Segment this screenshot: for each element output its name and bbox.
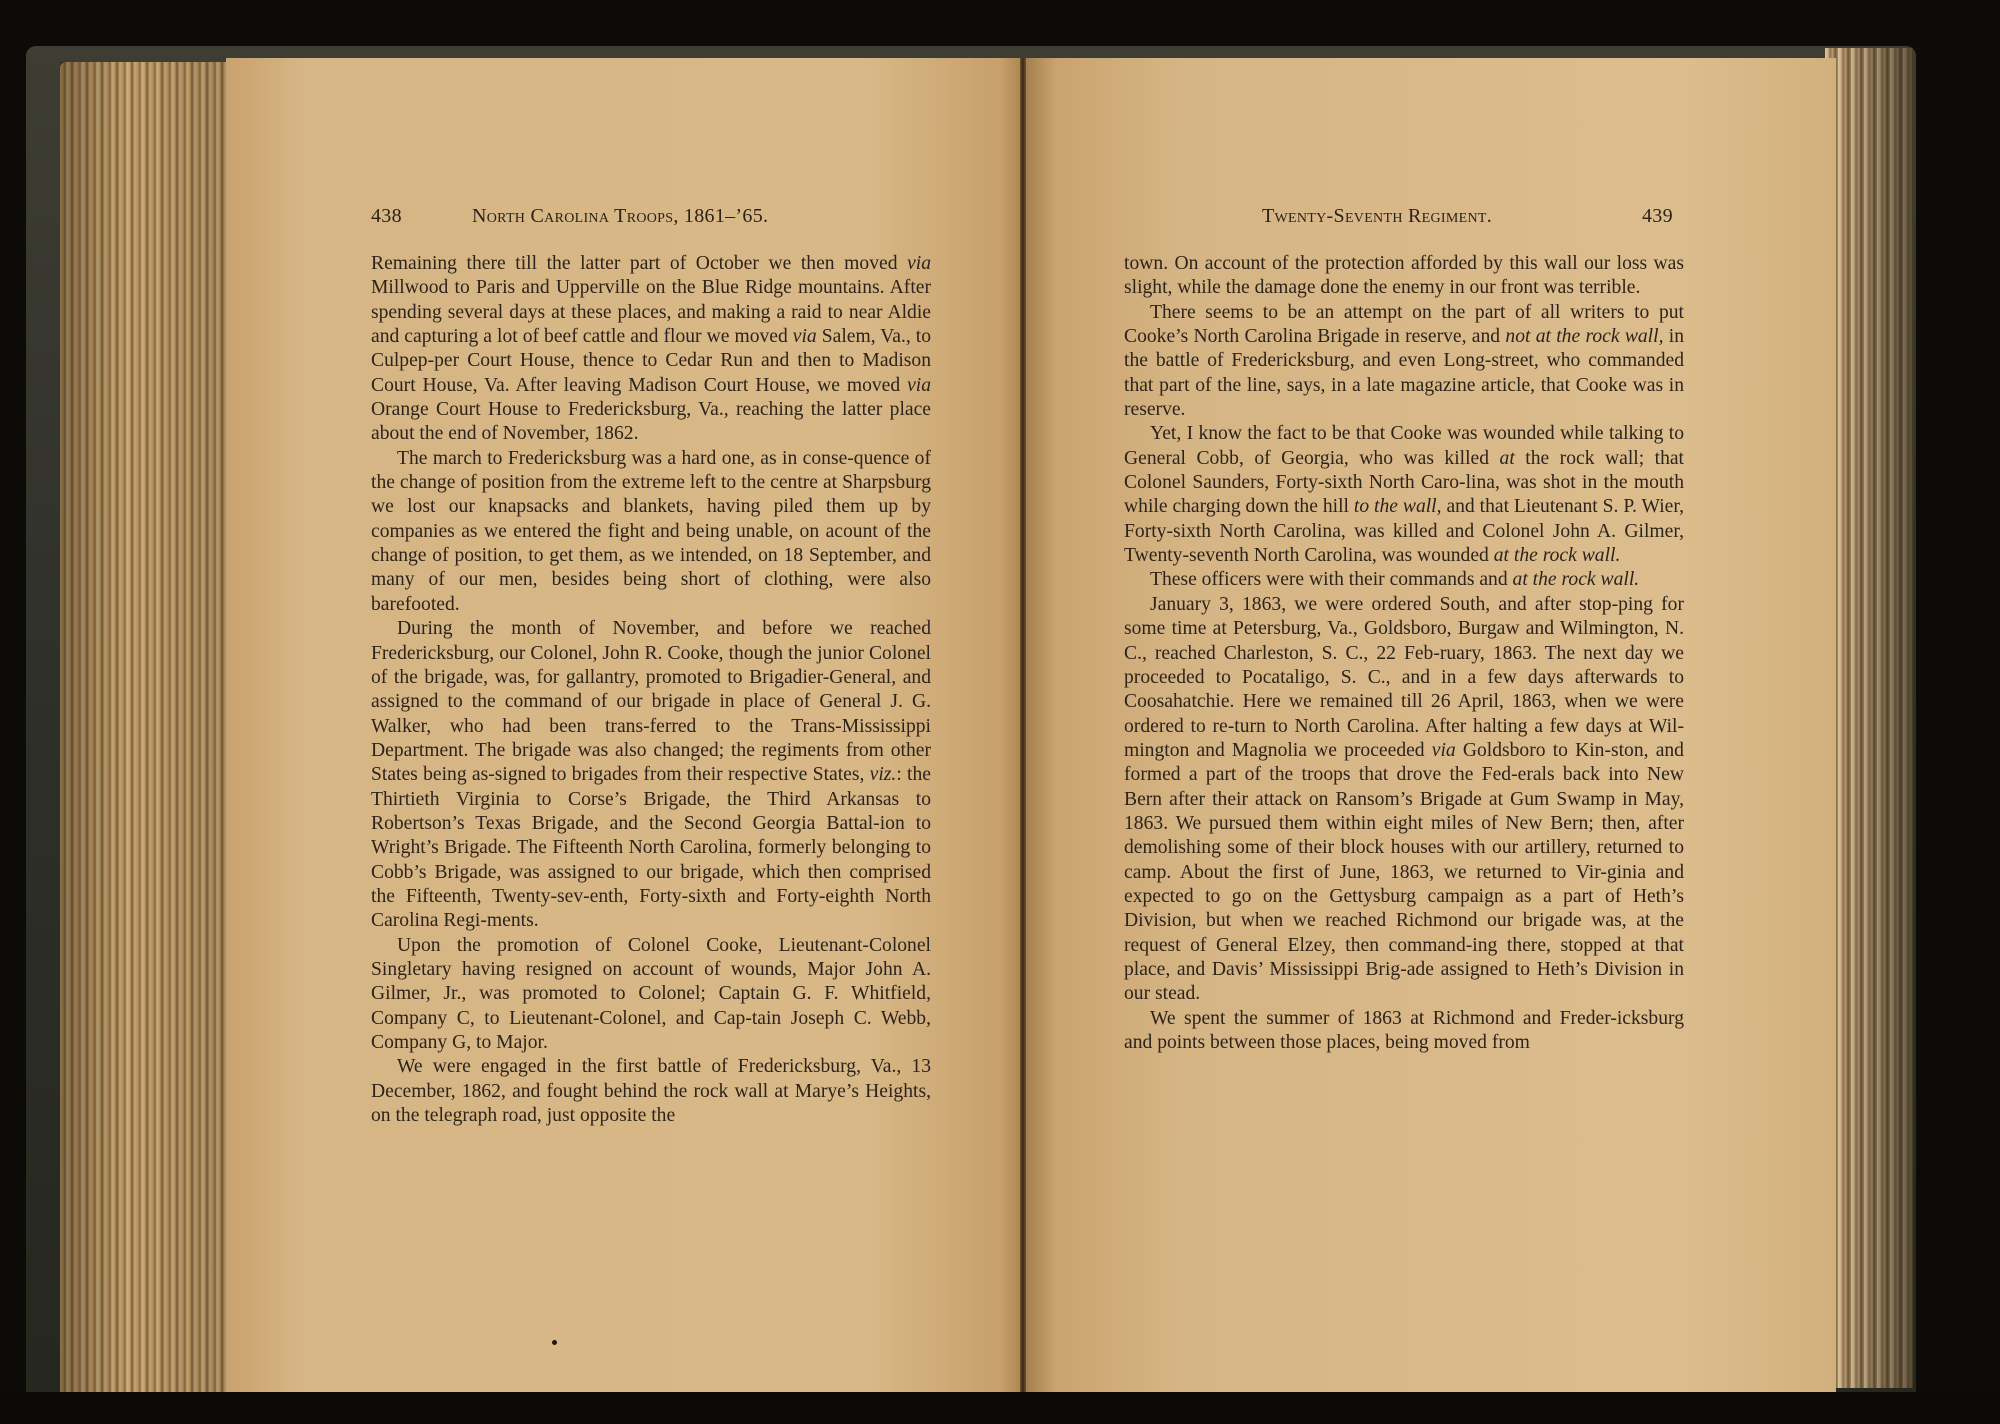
right-page-edges (1825, 48, 1913, 1388)
paragraph: During the month of November, and before… (371, 617, 931, 933)
italic-text: at the rock wall. (1513, 569, 1640, 590)
ink-speck (552, 1340, 557, 1345)
paragraph: town. On account of the protection affor… (1124, 252, 1684, 301)
text-run: The march to Fredericksburg was a hard o… (371, 448, 931, 615)
text-run: Orange Court House to Fredericksburg, Va… (371, 399, 931, 444)
text-run: Remaining there till the latter part of … (371, 253, 907, 274)
right-running-head: Twenty-Seventh Regiment. (1262, 205, 1492, 228)
italic-text: via (907, 253, 931, 274)
table-surface (0, 1392, 2000, 1424)
paragraph: We spent the summer of 1863 at Richmond … (1124, 1007, 1684, 1056)
left-page-edges (60, 62, 230, 1402)
running-head-title: Twenty-Seventh Regiment. (1262, 205, 1492, 227)
text-run: January 3, 1863, we were ordered South, … (1124, 594, 1684, 761)
page-number: 438 (371, 205, 402, 227)
paragraph: We were engaged in the first battle of F… (371, 1055, 931, 1128)
paragraph: Upon the promotion of Colonel Cooke, Lie… (371, 934, 931, 1056)
paragraph: There seems to be an attempt on the part… (1124, 301, 1684, 423)
italic-text: via (1432, 740, 1456, 761)
right-page-number: 439 (1642, 205, 1673, 228)
italic-text: via (793, 326, 817, 347)
italic-text: not at the rock wall, (1505, 326, 1663, 347)
italic-text: to the wall, (1354, 496, 1442, 517)
paragraph: Remaining there till the latter part of … (371, 252, 931, 447)
italic-text: at the rock wall. (1494, 545, 1621, 566)
paragraph: These officers were with their commands … (1124, 568, 1684, 592)
left-page-number: 438 (371, 205, 402, 228)
text-run: : the Thirtieth Virginia to Corse’s Brig… (371, 764, 931, 931)
book-gutter (1020, 58, 1026, 1398)
paragraph: The march to Fredericksburg was a hard o… (371, 447, 931, 617)
text-run: town. On account of the protection affor… (1124, 253, 1684, 298)
italic-text: at (1500, 448, 1515, 469)
text-run: Goldsboro to Kin-ston, and formed a part… (1124, 740, 1684, 1004)
paragraph: January 3, 1863, we were ordered South, … (1124, 593, 1684, 1007)
text-run: Upon the promotion of Colonel Cooke, Lie… (371, 935, 931, 1053)
page-number: 439 (1642, 205, 1673, 227)
italic-text: via (907, 375, 931, 396)
text-run: We were engaged in the first battle of F… (371, 1056, 931, 1126)
running-head-title: North Carolina Troops, 1861–’65. (472, 205, 768, 227)
text-run: We spent the summer of 1863 at Richmond … (1124, 1008, 1684, 1053)
text-run: These officers were with their commands … (1150, 569, 1513, 590)
text-run: During the month of November, and before… (371, 618, 931, 785)
italic-text: viz. (870, 764, 897, 785)
paragraph: Yet, I know the fact to be that Cooke wa… (1124, 422, 1684, 568)
right-page-body: town. On account of the protection affor… (1124, 252, 1684, 1055)
left-page-body: Remaining there till the latter part of … (371, 252, 931, 1128)
left-running-head: North Carolina Troops, 1861–’65. (472, 205, 768, 228)
